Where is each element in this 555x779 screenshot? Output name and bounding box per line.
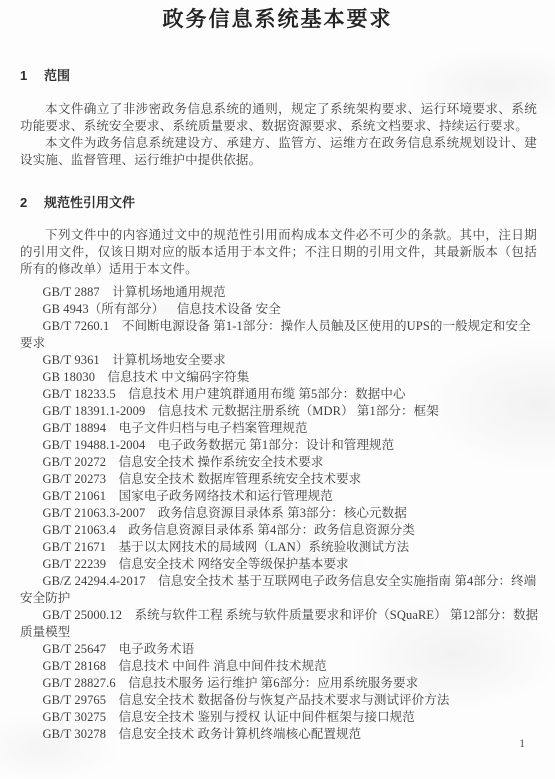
reference-code: GB/T 25000.12 [43,608,123,622]
reference-title: 信息安全技术 数据备份与恢复产品技术要求与测试评价方法 [119,693,450,707]
reference-item: GB 18030信息技术 中文编码字符集 [20,369,543,386]
reference-title: 电子政务术语 [119,642,195,656]
reference-item: GB/T 25000.12系统与软件工程 系统与软件质量要求和评价（SQuaRE… [20,607,543,641]
reference-item: GB/T 30278信息安全技术 政务计算机终端核心配置规范 [20,726,543,743]
reference-title: 信息安全技术 数据库管理系统安全技术要求 [119,472,362,486]
reference-item: GB/T 22239信息安全技术 网络安全等级保护基本要求 [20,556,543,573]
reference-title: 信息技术 中文编码字符集 [108,370,250,384]
reference-title: 信息安全技术 操作系统安全技术要求 [119,455,324,469]
reference-code: GB/T 20273 [43,472,107,486]
reference-title: 信息技术 中间件 消息中间件技术规范 [119,659,327,673]
reference-title: 信息技术设备 安全 [177,302,281,316]
reference-code: GB/T 28168 [43,659,107,673]
reference-code: GB/T 18391.1-2009 [43,404,146,418]
reference-code: GB/T 30275 [43,710,107,724]
section-2-number: 2 [20,195,34,211]
reference-code: GB/T 7260.1 [43,319,110,333]
reference-item: GB/T 30275信息安全技术 鉴别与授权 认证中间件框架与接口规范 [20,709,543,726]
reference-title: 信息安全技术 鉴别与授权 认证中间件框架与接口规范 [119,710,415,724]
reference-item: GB/T 20272信息安全技术 操作系统安全技术要求 [20,454,543,471]
reference-code: GB/T 22239 [43,557,107,571]
section-1-heading: 1范围 [20,68,545,84]
section-2-title: 规范性引用文件 [44,195,135,210]
page-number: 1 [519,738,525,750]
reference-list: GB/T 2887计算机场地通用规范 GB 4943（所有部分）信息技术设备 安… [20,284,545,743]
reference-title: 基于以太网技术的局域网（LAN）系统验收测试方法 [119,540,410,554]
reference-item: GB/T 21063.3-2007政务信息资源目录体系 第3部分：核心元数据 [20,505,543,522]
reference-code: GB 4943（所有部分） [43,302,165,316]
section-normative-references: 2规范性引用文件 下列文件中的内容通过文中的规范性引用而构成本文件必不可少的条款… [20,195,545,743]
reference-code: GB/T 21671 [43,540,107,554]
reference-item: GB/T 21061国家电子政务网络技术和运行管理规范 [20,488,543,505]
document-title: 政务信息系统基本要求 [20,8,545,32]
reference-code: GB/T 30278 [43,727,107,741]
reference-title: 国家电子政务网络技术和运行管理规范 [119,489,333,503]
reference-code: GB/T 19488.1-2004 [43,438,146,452]
reference-item: GB/T 18233.5信息技术 用户建筑群通用布缆 第5部分：数据中心 [20,386,543,403]
reference-code: GB/T 28827.6 [43,676,116,690]
section-1-number: 1 [20,68,34,84]
reference-item: GB/Z 24294.4-2017信息安全技术 基于互联网电子政务信息安全实施指… [20,573,543,607]
reference-code: GB/T 18233.5 [43,387,116,401]
reference-item: GB/T 9361计算机场地安全要求 [20,352,543,369]
reference-item: GB/T 29765信息安全技术 数据备份与恢复产品技术要求与测试评价方法 [20,692,543,709]
paragraph: 本文件确立了非涉密政务信息系统的通则，规定了系统架构要求、运行环境要求、系统功能… [20,101,545,135]
reference-code: GB/T 29765 [43,693,107,707]
reference-title: 信息安全技术 政务计算机终端核心配置规范 [119,727,362,741]
reference-item: GB/T 25647电子政务术语 [20,641,543,658]
reference-title: 信息安全技术 网络安全等级保护基本要求 [119,557,349,571]
reference-code: GB/Z 24294.4-2017 [43,574,146,588]
reference-item: GB/T 21063.4政务信息资源目录体系 第4部分：政务信息资源分类 [20,522,543,539]
reference-title: 信息技术 用户建筑群通用布缆 第5部分：数据中心 [128,387,405,401]
reference-item: GB/T 18894电子文件归档与电子档案管理规范 [20,420,543,437]
reference-code: GB/T 21063.3-2007 [43,506,146,520]
reference-title: 政务信息资源目录体系 第3部分：核心元数据 [158,506,407,520]
reference-code: GB/T 21061 [43,489,107,503]
reference-item: GB/T 28168信息技术 中间件 消息中间件技术规范 [20,658,543,675]
section-1-title: 范围 [44,68,70,83]
reference-code: GB/T 18894 [43,421,107,435]
reference-code: GB/T 9361 [43,353,100,367]
reference-title: 计算机场地安全要求 [112,353,225,367]
section-2-heading: 2规范性引用文件 [20,195,545,211]
reference-code: GB 18030 [43,370,96,384]
reference-item: GB/T 19488.1-2004电子政务数据元 第1部分：设计和管理规范 [20,437,543,454]
reference-item: GB/T 28827.6信息技术服务 运行维护 第6部分：应用系统服务要求 [20,675,543,692]
reference-code: GB/T 2887 [43,285,100,299]
paragraph: 下列文件中的内容通过文中的规范性引用而构成本文件必不可少的条款。其中，注日期的引… [20,227,545,278]
reference-item: GB/T 21671基于以太网技术的局域网（LAN）系统验收测试方法 [20,539,543,556]
reference-code: GB/T 25647 [43,642,107,656]
reference-title: 政务信息资源目录体系 第4部分：政务信息资源分类 [128,523,415,537]
reference-title: 信息技术服务 运行维护 第6部分：应用系统服务要求 [128,676,418,690]
reference-title: 信息技术 元数据注册系统（MDR） 第1部分：框架 [158,404,439,418]
paragraph: 本文件为政务信息系统建设方、承建方、监管方、运维方在政务信息系统规划设计、建设实… [20,135,545,169]
reference-item: GB 4943（所有部分）信息技术设备 安全 [20,301,543,318]
section-1-body: 本文件确立了非涉密政务信息系统的通则，规定了系统架构要求、运行环境要求、系统功能… [20,101,545,169]
reference-item: GB/T 20273信息安全技术 数据库管理系统安全技术要求 [20,471,543,488]
reference-item: GB/T 18391.1-2009信息技术 元数据注册系统（MDR） 第1部分：… [20,403,543,420]
document-page: 政务信息系统基本要求 1范围 本文件确立了非涉密政务信息系统的通则，规定了系统架… [0,0,555,779]
section-scope: 1范围 本文件确立了非涉密政务信息系统的通则，规定了系统架构要求、运行环境要求、… [20,68,545,169]
reference-code: GB/T 20272 [43,455,107,469]
reference-code: GB/T 21063.4 [43,523,116,537]
reference-item: GB/T 7260.1不间断电源设备 第1-1部分：操作人员触及区使用的UPS的… [20,318,543,352]
reference-title: 电子政务数据元 第1部分：设计和管理规范 [158,438,394,452]
section-2-body: 下列文件中的内容通过文中的规范性引用而构成本文件必不可少的条款。其中，注日期的引… [20,227,545,278]
reference-title: 电子文件归档与电子档案管理规范 [119,421,308,435]
document-content: 政务信息系统基本要求 1范围 本文件确立了非涉密政务信息系统的通则，规定了系统架… [0,0,555,743]
reference-title: 计算机场地通用规范 [112,285,225,299]
reference-item: GB/T 2887计算机场地通用规范 [20,284,543,301]
